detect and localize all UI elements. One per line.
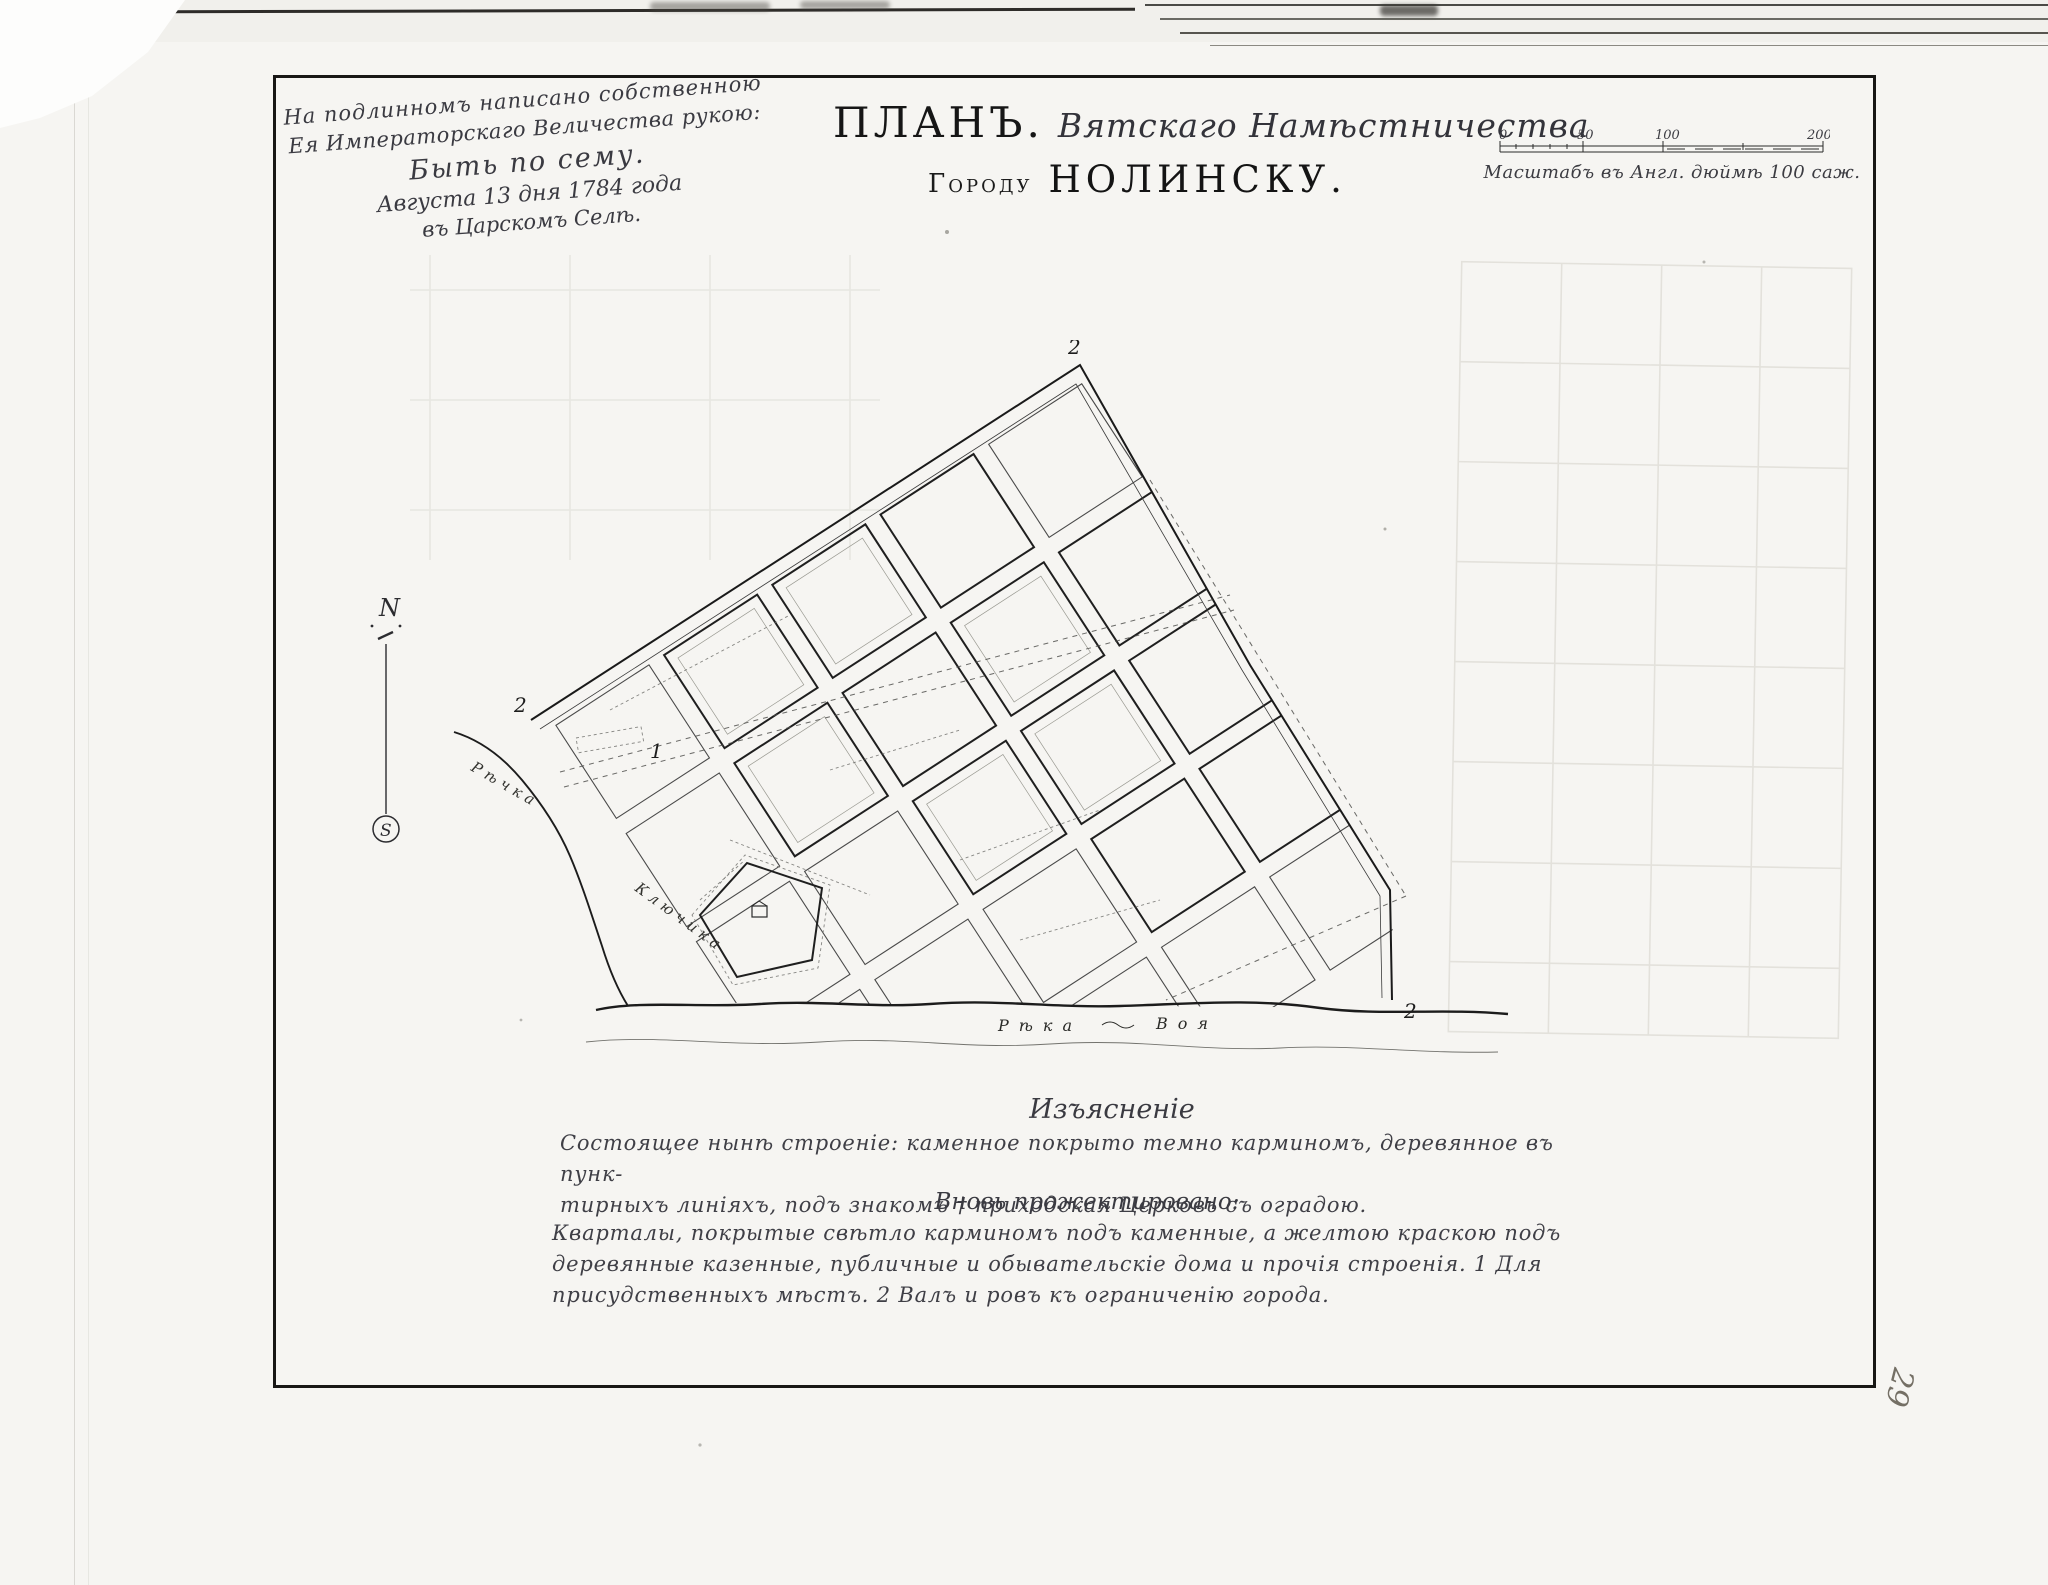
legend-line: Кварталы, покрытые свѣтло карминомъ подъ… xyxy=(552,1218,1572,1249)
map-title-line1: ПЛАНЪ. Вятскаго Намѣстничества xyxy=(833,98,1590,147)
church-block xyxy=(700,863,822,977)
river-voya-label-1: Рѣка xyxy=(997,1016,1082,1035)
town-plan-map: 2 2 2 1 Рѣка Воя Рѣчка Ключика xyxy=(400,340,1520,1080)
scale-bar: 0 50 100 200 xyxy=(1495,128,1830,160)
river-voya-label-2: Воя xyxy=(1155,1014,1218,1033)
compass-north-label: N xyxy=(378,594,401,622)
legend-line: Состоящее нынѣ строеніе: каменное покрыт… xyxy=(560,1128,1570,1190)
river-voya: Рѣка Воя xyxy=(586,1002,1508,1052)
stream-label-1: Рѣчка xyxy=(467,757,542,811)
city-blocks-grid xyxy=(556,384,1423,1080)
title-city-prefix: Городу xyxy=(928,169,1032,199)
scale-tick-label: 0 xyxy=(1499,128,1507,143)
marker-rampart-north: 2 xyxy=(1067,340,1081,359)
legend-line: деревянные казенные, публичные и обывате… xyxy=(552,1249,1572,1280)
scale-caption: Масштабъ въ Англ. дюймѣ 100 саж. xyxy=(1482,162,1862,183)
marker-rampart-west: 2 xyxy=(513,693,527,717)
church-icon xyxy=(752,901,767,917)
title-city-name: НОЛИНСКУ. xyxy=(1048,158,1346,201)
legend-line: присудственныхъ мѣстъ. 2 Валъ и ровъ къ … xyxy=(552,1280,1572,1311)
legend-subheading: Вновь прожектировано: xyxy=(887,1189,1287,1215)
legend-paragraph-projected: Кварталы, покрытые свѣтло карминомъ подъ… xyxy=(552,1218,1572,1311)
scale-tick-label: 50 xyxy=(1577,128,1594,143)
title-word-plan: ПЛАНЪ. xyxy=(833,98,1044,147)
stream-label-2: Ключика xyxy=(631,878,728,956)
scale-tick-label: 100 xyxy=(1655,128,1680,143)
marker-government-place: 1 xyxy=(650,739,663,763)
legend-heading: Изъясненіе xyxy=(912,1094,1312,1125)
scale-tick-label: 200 xyxy=(1806,128,1830,143)
scanned-atlas-page: На подлинномъ написано собственною Ея Им… xyxy=(0,0,2048,1585)
map-title-line2: Городу НОЛИНСКУ. xyxy=(928,158,1347,201)
compass-south-label: S xyxy=(380,821,392,841)
